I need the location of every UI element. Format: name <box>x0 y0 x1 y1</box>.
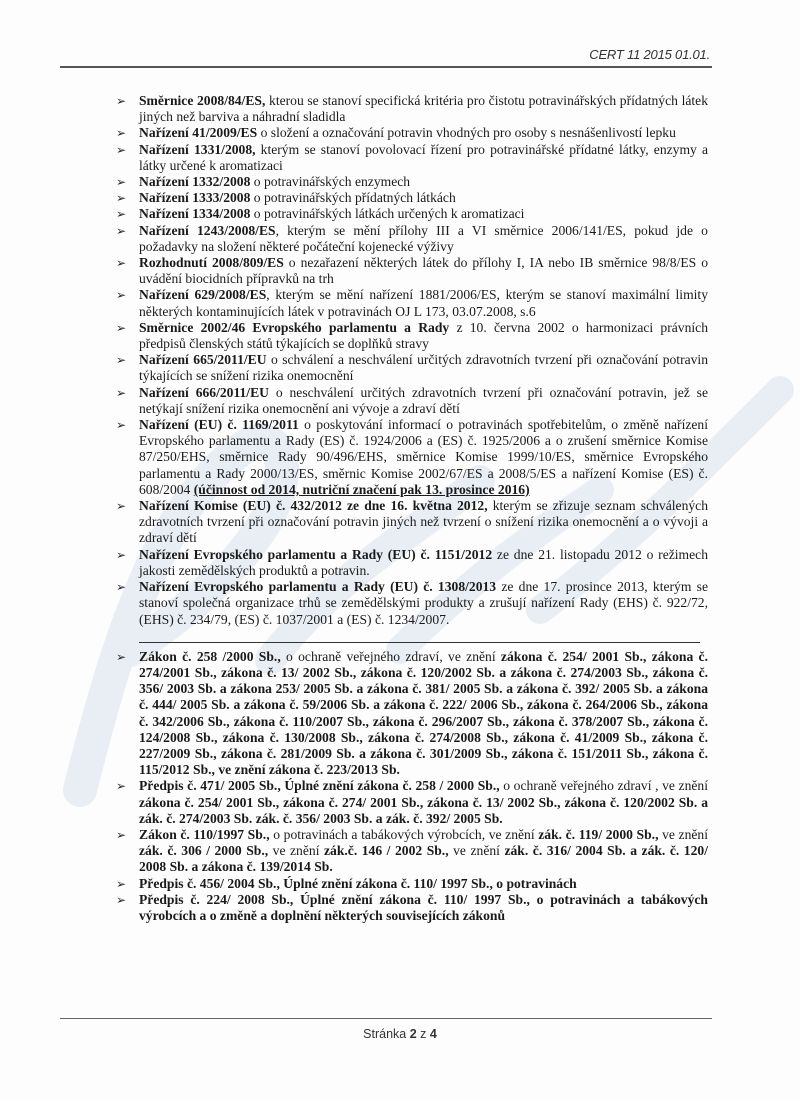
list-item: ➢Nařízení 41/2009/ES o složení a označov… <box>116 125 708 141</box>
regulation-title: Směrnice 2002/46 Evropského parlamentu a… <box>139 320 449 335</box>
arrow-bullet-icon: ➢ <box>116 125 126 141</box>
arrow-bullet-icon: ➢ <box>116 223 126 239</box>
regulation-title: Nařízení 1331/2008, <box>139 142 256 157</box>
arrow-bullet-icon: ➢ <box>116 174 126 190</box>
regulation-title: Nařízení 1334/2008 <box>139 206 250 221</box>
arrow-bullet-icon: ➢ <box>116 876 126 892</box>
arrow-bullet-icon: ➢ <box>116 649 126 665</box>
list-item: ➢Předpis č. 224/ 2008 Sb., Úplné znění z… <box>116 892 708 924</box>
list-item: ➢Nařízení 1331/2008, kterým se stanoví p… <box>116 142 708 174</box>
list-item: ➢Nařízení 666/2011/EU o neschválení urči… <box>116 385 708 417</box>
arrow-bullet-icon: ➢ <box>116 255 126 271</box>
regulation-list-cz: ➢Zákon č. 258 /2000 Sb., o ochraně veřej… <box>116 649 708 924</box>
arrow-bullet-icon: ➢ <box>116 287 126 303</box>
regulation-description: o složení a označování potravin vhodných… <box>257 125 676 140</box>
list-item: ➢Nařízení Evropského parlamentu a Rady (… <box>116 547 708 579</box>
law-text: o ochraně veřejného zdraví, ve znění <box>281 649 501 664</box>
regulation-title: Nařízení 666/2011/EU <box>139 385 269 400</box>
arrow-bullet-icon: ➢ <box>116 320 126 336</box>
law-reference: Předpis č. 224/ 2008 Sb., Úplné znění zá… <box>139 892 708 923</box>
law-reference: Zákon č. 258 /2000 Sb., <box>139 649 281 664</box>
arrow-bullet-icon: ➢ <box>116 892 126 908</box>
law-text: o ochraně veřejného zdraví , ve znění <box>500 778 708 793</box>
list-item: ➢Nařízení 1334/2008 o potravinářských lá… <box>116 206 708 222</box>
arrow-bullet-icon: ➢ <box>116 206 126 222</box>
document-code: CERT 11 2015 01.01. <box>589 47 710 62</box>
regulation-description: o potravinářských přídatných látkách <box>250 190 455 205</box>
regulation-description: o potravinářských enzymech <box>250 174 410 189</box>
law-reference: zákona č. 254/ 2001 Sb., zákona č. 274/ … <box>139 795 708 826</box>
list-item: ➢Směrnice 2008/84/ES, kterou se stanoví … <box>116 93 708 125</box>
arrow-bullet-icon: ➢ <box>116 190 126 206</box>
list-item: ➢Rozhodnutí 2008/809/ES o nezařazení něk… <box>116 255 708 287</box>
law-text: ve znění <box>449 843 505 858</box>
list-item: ➢Nařízení Evropského parlamentu a Rady (… <box>116 579 708 628</box>
arrow-bullet-icon: ➢ <box>116 547 126 563</box>
list-item: ➢Nařízení (EU) č. 1169/2011 o poskytován… <box>116 417 708 498</box>
arrow-bullet-icon: ➢ <box>116 385 126 401</box>
arrow-bullet-icon: ➢ <box>116 579 126 595</box>
regulation-title: Nařízení Komise (EU) č. 432/2012 ze dne … <box>139 498 488 513</box>
regulation-title: Nařízení 41/2009/ES <box>139 125 257 140</box>
arrow-bullet-icon: ➢ <box>116 417 126 433</box>
regulation-title: Nařízení Evropského parlamentu a Rady (E… <box>139 579 496 594</box>
list-item: ➢Nařízení 665/2011/EU o schválení a nesc… <box>116 352 708 384</box>
law-reference: Předpis č. 456/ 2004 Sb., Úplné znění zá… <box>139 876 577 891</box>
arrow-bullet-icon: ➢ <box>116 498 126 514</box>
list-item: ➢Nařízení Komise (EU) č. 432/2012 ze dne… <box>116 498 708 547</box>
arrow-bullet-icon: ➢ <box>116 142 126 158</box>
list-item: ➢Směrnice 2002/46 Evropského parlamentu … <box>116 320 708 352</box>
effective-date-note: (účinnost od 2014, nutriční značení pak … <box>194 482 530 497</box>
list-item: ➢Zákon č. 258 /2000 Sb., o ochraně veřej… <box>116 649 708 779</box>
regulation-description: o potravinářských látkách určených k aro… <box>250 206 524 221</box>
arrow-bullet-icon: ➢ <box>116 93 126 109</box>
regulation-title: Nařízení 629/2008/ES <box>139 287 266 302</box>
list-item: ➢Nařízení 629/2008/ES, kterým se mění na… <box>116 287 708 319</box>
law-text: o potravinách a tabákových výrobcích, ve… <box>270 827 539 842</box>
regulation-title: Nařízení 1333/2008 <box>139 190 250 205</box>
list-item: ➢Zákon č. 110/1997 Sb., o potravinách a … <box>116 827 708 876</box>
list-item: ➢Předpis č. 471/ 2005 Sb., Úplné znění z… <box>116 778 708 827</box>
law-reference: zák.č. 146 / 2002 Sb., <box>324 843 449 858</box>
arrow-bullet-icon: ➢ <box>116 778 126 794</box>
law-reference: zák. č. 306 / 2000 Sb., <box>139 843 268 858</box>
law-reference: zákona č. 254/ 2001 Sb., zákona č. 274/2… <box>139 649 708 777</box>
law-reference: Zákon č. 110/1997 Sb., <box>139 827 270 842</box>
regulation-title: Směrnice 2008/84/ES, <box>139 93 265 108</box>
page-number: Stránka 2 z 4 <box>0 1027 800 1041</box>
total-pages: 4 <box>430 1027 437 1041</box>
law-reference: Předpis č. 471/ 2005 Sb., Úplné znění zá… <box>139 778 500 793</box>
law-text: ve znění <box>658 827 708 842</box>
regulation-title: Nařízení 665/2011/EU <box>139 352 267 367</box>
regulation-title: Nařízení Evropského parlamentu a Rady (E… <box>139 547 492 562</box>
footer-divider <box>60 1018 712 1019</box>
law-text: ve znění <box>268 843 324 858</box>
regulation-title: Rozhodnutí 2008/809/ES <box>139 255 284 270</box>
regulation-title: Nařízení 1243/2008/ES <box>139 223 276 238</box>
law-reference: zák. č. 119/ 2000 Sb., <box>538 827 658 842</box>
regulation-title: Nařízení (EU) č. 1169/2011 <box>139 417 299 432</box>
list-item: ➢Předpis č. 456/ 2004 Sb., Úplné znění z… <box>116 876 708 892</box>
section-divider <box>139 642 700 643</box>
arrow-bullet-icon: ➢ <box>116 352 126 368</box>
header-divider <box>60 66 712 68</box>
list-item: ➢Nařízení 1333/2008 o potravinářských př… <box>116 190 708 206</box>
list-item: ➢Nařízení 1243/2008/ES, kterým se mění p… <box>116 223 708 255</box>
regulation-title: Nařízení 1332/2008 <box>139 174 250 189</box>
list-item: ➢Nařízení 1332/2008 o potravinářských en… <box>116 174 708 190</box>
document-body: ➢Směrnice 2008/84/ES, kterou se stanoví … <box>116 93 708 924</box>
current-page: 2 <box>410 1027 417 1041</box>
arrow-bullet-icon: ➢ <box>116 827 126 843</box>
regulation-list-eu: ➢Směrnice 2008/84/ES, kterou se stanoví … <box>116 93 708 628</box>
